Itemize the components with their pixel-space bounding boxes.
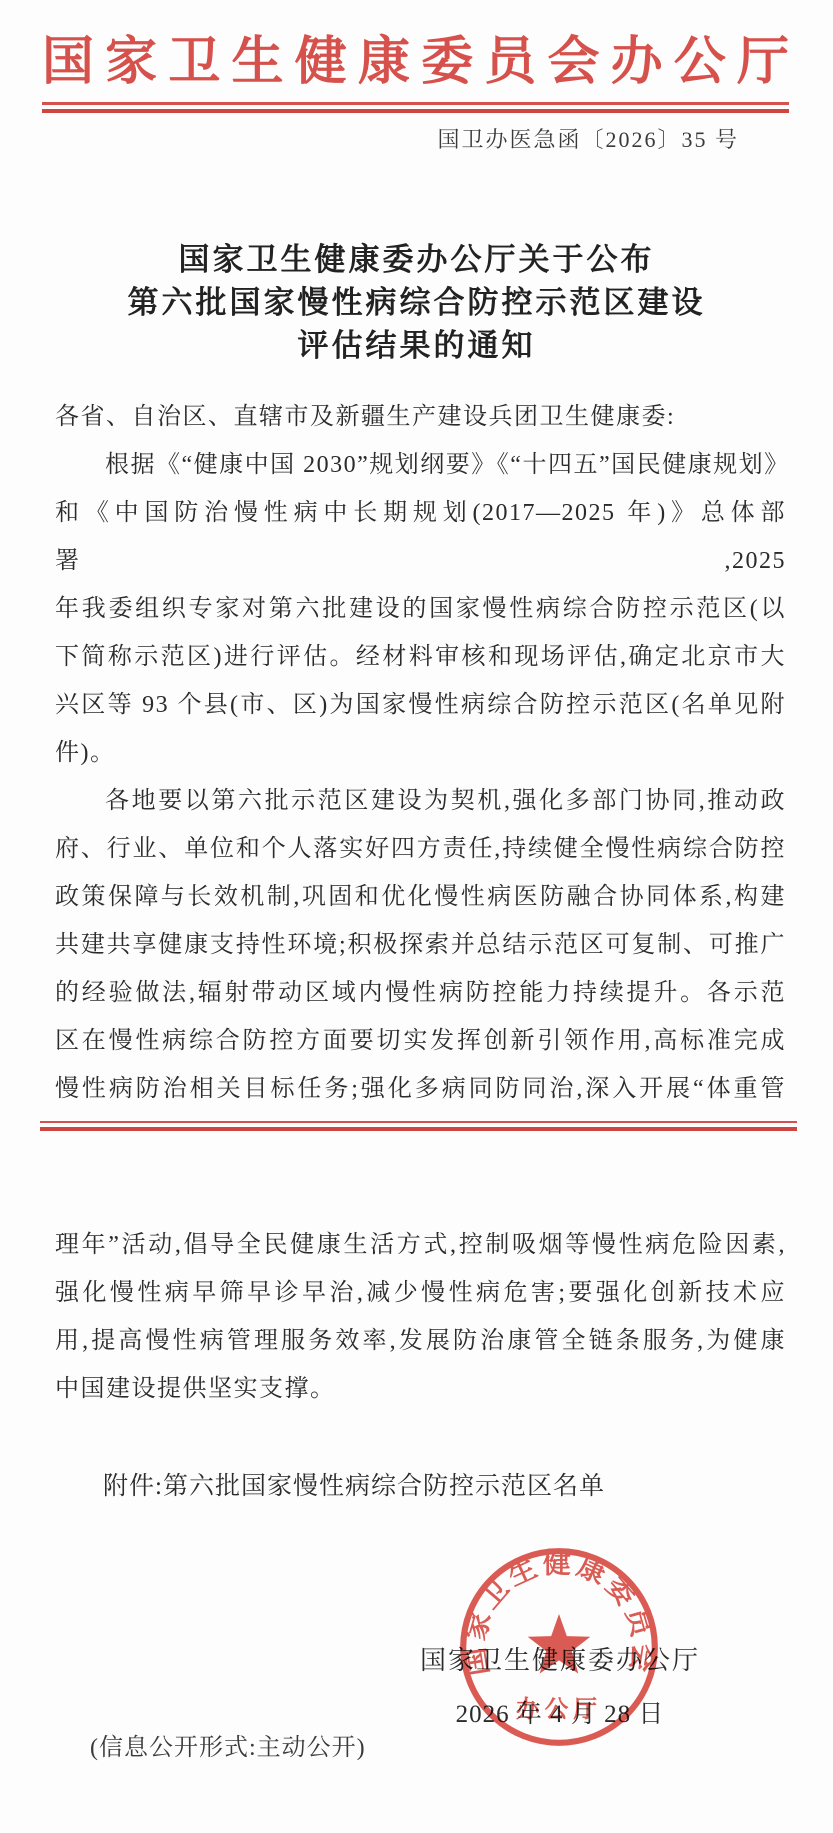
body-line: 政策保障与长效机制,巩固和优化慢性病医防融合协同体系,构建 <box>55 873 786 921</box>
body-line: 年我委组织专家对第六批建设的国家慢性病综合防控示范区(以 <box>55 585 786 633</box>
page-break-divider <box>40 1121 797 1131</box>
document-title: 国家卫生健康委办公厅关于公布 第六批国家慢性病综合防控示范区建设 评估结果的通知 <box>0 238 833 367</box>
body-line: 慢性病防治相关目标任务;强化多病同防同治,深入开展“体重管 <box>55 1065 786 1113</box>
body-line: 件)。 <box>55 729 786 777</box>
body-line: 各地要以第六批示范区建设为契机,强化多部门协同,推动政 <box>55 777 786 825</box>
body-line: 用,提高慢性病管理服务效率,发展防治康管全链条服务,为健康 <box>55 1317 786 1365</box>
body-line: 府、行业、单位和个人落实好四方责任,持续健全慢性病综合防控 <box>55 825 786 873</box>
body-line: 理年”活动,倡导全民健康生活方式,控制吸烟等慢性病危险因素, <box>55 1221 786 1269</box>
body-line: 的经验做法,辐射带动区域内慢性病防控能力持续提升。各示范 <box>55 969 786 1017</box>
salutation-line: 各省、自治区、直辖市及新疆生产建设兵团卫生健康委: <box>55 393 786 441</box>
body-line: 中国建设提供坚实支撑。 <box>55 1365 786 1413</box>
official-seal-icon: 国家卫生健康委员会 办公厅 <box>456 1544 662 1750</box>
body-line: 根据《“健康中国 2030”规划纲要》《“十四五”国民健康规划》 <box>55 441 786 489</box>
seal-bottom-text: 办公厅 <box>516 1696 602 1723</box>
body-line: 兴区等 93 个县(市、区)为国家慢性病综合防控示范区(名单见附 <box>55 681 786 729</box>
body-line: 和《中国防治慢性病中长期规划(2017—2025 年)》总体部署,2025 <box>55 489 786 585</box>
body-line: 强化慢性病早筛早诊早治,减少慢性病危害;要强化创新技术应 <box>55 1269 786 1317</box>
body-line: 共建共享健康支持性环境;积极探索并总结示范区可复制、可推广 <box>55 921 786 969</box>
body-page-2: 理年”活动,倡导全民健康生活方式,控制吸烟等慢性病危险因素, 强化慢性病早筛早诊… <box>55 1221 786 1413</box>
letterhead-divider <box>42 102 789 113</box>
document-page: 国家卫生健康委员会办公厅 国卫办医急函〔2026〕35 号 国家卫生健康委办公厅… <box>0 0 833 1833</box>
body-line: 下简称示范区)进行评估。经材料审核和现场评估,确定北京市大 <box>55 633 786 681</box>
letterhead-agency-name: 国家卫生健康委员会办公厅 <box>42 33 791 93</box>
title-line-3: 评估结果的通知 <box>0 324 833 367</box>
seal-star-icon <box>528 1614 591 1674</box>
title-line-2: 第六批国家慢性病综合防控示范区建设 <box>0 281 833 324</box>
body-page-1: 各省、自治区、直辖市及新疆生产建设兵团卫生健康委: 根据《“健康中国 2030”… <box>55 393 786 1113</box>
body-line: 区在慢性病综合防控方面要切实发挥创新引领作用,高标准完成 <box>55 1017 786 1065</box>
title-line-1: 国家卫生健康委办公厅关于公布 <box>0 238 833 281</box>
attachment-line: 附件:第六批国家慢性病综合防控示范区名单 <box>103 1470 605 1504</box>
disclosure-note: (信息公开形式:主动公开) <box>90 1734 366 1762</box>
document-number: 国卫办医急函〔2026〕35 号 <box>437 123 739 154</box>
